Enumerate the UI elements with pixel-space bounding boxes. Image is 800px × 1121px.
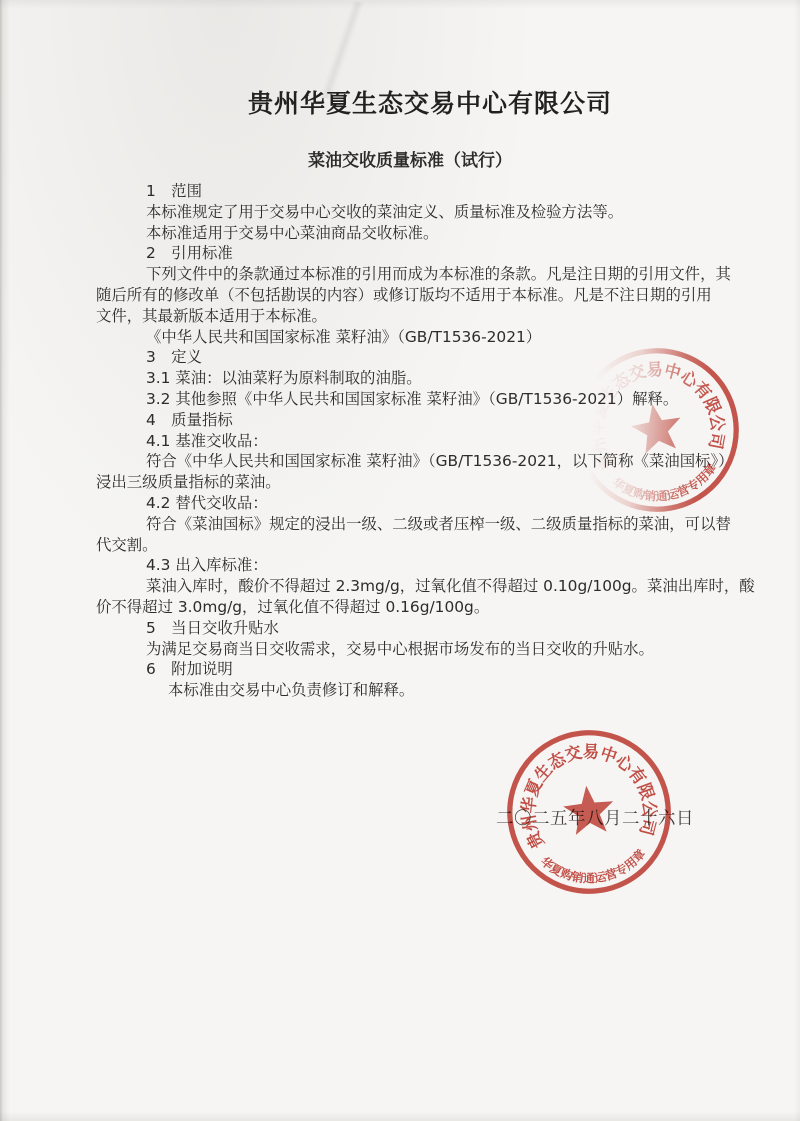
document-line: 随后所有的修改单（不包括勘误的内容）或修订版均不适用于本标准。凡是不注日期的引用: [96, 285, 718, 306]
document-line: 下列文件中的条款通过本标准的引用而成为本标准的条款。凡是注日期的引用文件，其: [96, 264, 718, 285]
document-line: 本标准由交易中心负责修订和解释。: [96, 680, 718, 701]
document-line: 菜油入库时，酸价不得超过 2.3mg/g，过氧化值不得超过 0.10g/100g…: [96, 576, 718, 597]
document-line: 文件，其最新版本适用于本标准。: [96, 306, 718, 327]
document-line: 1 范围: [96, 181, 718, 202]
company-seal-partial: 贵州华夏生态交易中心有限公司 华夏购销通运营专用章: [555, 328, 759, 532]
document-line: 《中华人民共和国国家标准 菜籽油》（GB/T1536-2021）: [96, 327, 718, 348]
document-title: 菜油交收质量标准（试行）: [10, 146, 800, 171]
star-icon: [561, 783, 616, 836]
scanned-page: 贵州华夏生态交易中心有限公司 菜油交收质量标准（试行） 1 范围本标准规定了用于…: [0, 0, 800, 1121]
document-line: 本标准适用于交易中心菜油商品交收标准。: [96, 223, 718, 244]
document-line: 4.3 出入库标准：: [96, 555, 718, 576]
seal-graphic: 贵州华夏生态交易中心有限公司 华夏购销通运营专用章: [492, 715, 685, 908]
document-line: 本标准规定了用于交易中心交收的菜油定义、质量标准及检验方法等。: [96, 202, 718, 223]
seal-graphic: 贵州华夏生态交易中心有限公司 华夏购销通运营专用章: [555, 328, 759, 532]
document-line: 5 当日交收升贴水: [96, 618, 718, 639]
document-line: 2 引用标准: [96, 243, 718, 264]
company-title: 贵州华夏生态交易中心有限公司: [60, 84, 800, 120]
document-line: 价不得超过 3.0mg/g，过氧化值不得超过 0.16g/100g。: [96, 597, 718, 618]
document-line: 为满足交易商当日交收需求，交易中心根据市场发布的当日交收的升贴水。: [96, 639, 718, 660]
document-line: 6 附加说明: [96, 659, 718, 680]
document-line: 代交割。: [96, 535, 718, 556]
star-icon: [628, 400, 686, 456]
company-seal: 贵州华夏生态交易中心有限公司 华夏购销通运营专用章: [492, 715, 685, 908]
